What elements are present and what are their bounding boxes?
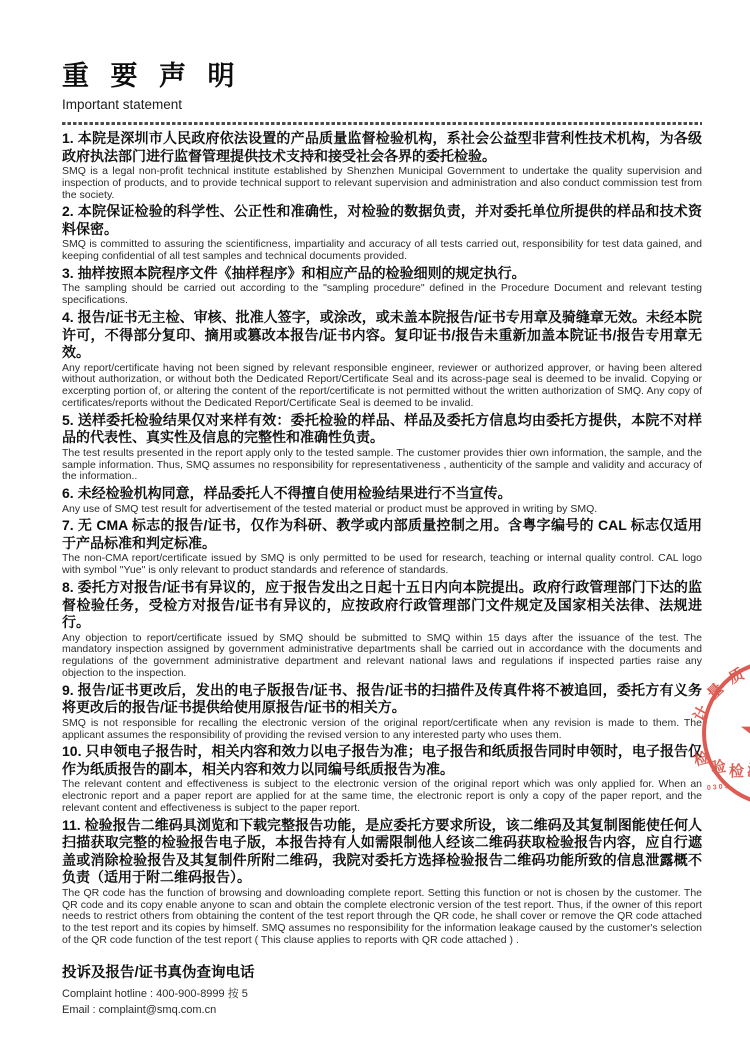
complaint-title: 投诉及报告/证书真伪查询电话	[62, 964, 702, 983]
statement-english: SMQ is a legal non-profit technical inst…	[62, 166, 702, 201]
seal-arc-char: 检	[729, 764, 744, 779]
statement-english: Any report/certificate having not been s…	[62, 363, 702, 410]
seal-arc-char: 检	[692, 750, 710, 768]
statement-chinese: 6. 未经检验机构同意，样品委托人不得擅自使用检验结果进行不当宣传。	[62, 485, 702, 503]
statement-english: The relevant content and effectiveness i…	[62, 779, 702, 814]
statement-chinese: 10. 只申领电子报告时，相关内容和效力以电子报告为准；电子报告和纸质报告同时申…	[62, 743, 702, 778]
complaint-contact-block: 投诉及报告/证书真伪查询电话 Complaint hotline : 400-9…	[62, 964, 702, 1019]
dashed-divider	[62, 122, 702, 125]
statement-item-6: 6. 未经检验机构同意，样品委托人不得擅自使用检验结果进行不当宣传。 Any u…	[62, 485, 702, 515]
seal-arc-char: 测	[746, 763, 750, 780]
statement-english: The non-CMA report/certificate issued by…	[62, 553, 702, 577]
page-title: 重 要 声 明	[62, 60, 702, 92]
statement-chinese: 7. 无 CMA 标志的报告/证书，仅作为科研、教学或内部质量控制之用。含粤字编…	[62, 517, 702, 552]
statement-item-5: 5. 送样委托检验结果仅对来样有效：委托检验的样品、样品及委托方信息均由委托方提…	[62, 412, 702, 483]
statement-chinese: 3. 抽样按照本院程序文件《抽样程序》和相应产品的检验细则的规定执行。	[62, 265, 702, 283]
statement-english: Any use of SMQ test result for advertise…	[62, 504, 702, 516]
statement-chinese: 5. 送样委托检验结果仅对来样有效：委托检验的样品、样品及委托方信息均由委托方提…	[62, 412, 702, 447]
statement-english: SMQ is committed to assuring the scienti…	[62, 239, 702, 263]
statement-english: The test results presented in the report…	[62, 448, 702, 483]
statement-chinese: 9. 报告/证书更改后，发出的电子版报告/证书、报告/证书的扫描件及传真件将不被…	[62, 682, 702, 717]
seal-serial-number: 0305	[707, 783, 731, 792]
statement-english: The QR code has the function of browsing…	[62, 888, 702, 947]
statement-english: SMQ is not responsible for recalling the…	[62, 718, 702, 742]
statement-item-4: 4. 报告/证书无主检、审核、批准人签字，或涂改，或未盖本院报告/证书专用章及骑…	[62, 309, 702, 410]
statement-item-2: 2. 本院保证检验的科学性、公正性和准确性，对检验的数据负责，并对委托单位所提供…	[62, 203, 702, 263]
statement-item-11: 11. 检验报告二维码具浏览和下载完整报告功能，是应委托方要求所设，该二维码及其…	[62, 817, 702, 947]
statement-chinese: 4. 报告/证书无主检、审核、批准人签字，或涂改，或未盖本院报告/证书专用章及骑…	[62, 309, 702, 362]
statement-item-3: 3. 抽样按照本院程序文件《抽样程序》和相应产品的检验细则的规定执行。 The …	[62, 265, 702, 307]
statement-chinese: 2. 本院保证检验的科学性、公正性和准确性，对检验的数据负责，并对委托单位所提供…	[62, 203, 702, 238]
statement-item-7: 7. 无 CMA 标志的报告/证书，仅作为科研、教学或内部质量控制之用。含粤字编…	[62, 517, 702, 577]
seal-arc-char: 验	[710, 759, 727, 776]
statement-list: 1. 本院是深圳市人民政府依法设置的产品质量监督检验机构，系社会公益型非营利性技…	[62, 130, 702, 947]
statement-english: The sampling should be carried out accor…	[62, 283, 702, 307]
statement-page: 重 要 声 明 Important statement 1. 本院是深圳市人民政…	[0, 0, 750, 1061]
statement-chinese: 8. 委托方对报告/证书有异议的，应于报告发出之日起十五日内向本院提出。政府行政…	[62, 579, 702, 632]
statement-english: Any objection to report/certificate issu…	[62, 633, 702, 680]
statement-content: 重 要 声 明 Important statement 1. 本院是深圳市人民政…	[62, 60, 702, 1019]
statement-item-1: 1. 本院是深圳市人民政府依法设置的产品质量监督检验机构，系社会公益型非营利性技…	[62, 130, 702, 201]
statement-chinese: 11. 检验报告二维码具浏览和下载完整报告功能，是应委托方要求所设，该二维码及其…	[62, 817, 702, 887]
statement-item-8: 8. 委托方对报告/证书有异议的，应于报告发出之日起十五日内向本院提出。政府行政…	[62, 579, 702, 680]
statement-item-10: 10. 只申领电子报告时，相关内容和效力以电子报告为准；电子报告和纸质报告同时申…	[62, 743, 702, 814]
statement-item-9: 9. 报告/证书更改后，发出的电子版报告/证书、报告/证书的扫描件及传真件将不被…	[62, 682, 702, 742]
complaint-hotline: Complaint hotline : 400-900-8999 按 5	[62, 986, 702, 1003]
page-subtitle: Important statement	[62, 97, 702, 113]
official-red-seal: 计 量 质 检 验 检 测 0305	[702, 660, 750, 806]
statement-chinese: 1. 本院是深圳市人民政府依法设置的产品质量监督检验机构，系社会公益型非营利性技…	[62, 130, 702, 165]
complaint-email: Email : complaint@smq.com.cn	[62, 1002, 702, 1019]
